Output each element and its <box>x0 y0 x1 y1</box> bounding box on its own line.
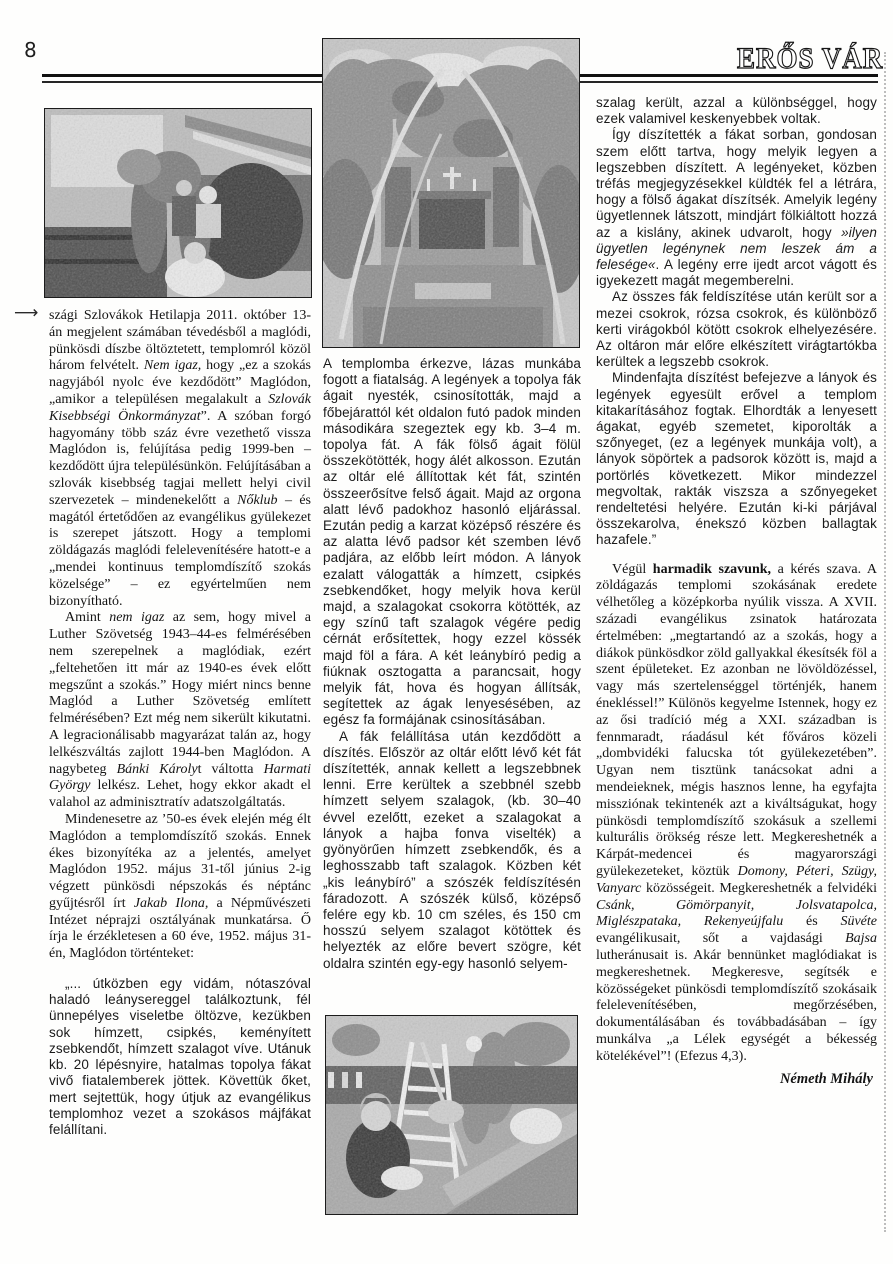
photo-altar-through-decorated-trees <box>322 38 580 348</box>
column-left: szági Szlovákok Hetilapja 2011. október … <box>49 308 311 1138</box>
column-middle: A templomba érkezve, lázas munkába fogot… <box>323 356 581 972</box>
report-quote-paragraph: Az összes fák feldíszítése után került s… <box>596 289 877 370</box>
article-paragraph: szági Szlovákok Hetilapja 2011. október … <box>49 308 311 610</box>
report-quote-paragraph: A templomba érkezve, lázas munkába fogot… <box>323 356 581 729</box>
report-quote-paragraph: Mindenfajta díszítést befejezve a lányok… <box>596 370 877 548</box>
newspaper-page: 8 ERŐS VÁR ⟶ <box>0 0 893 1264</box>
report-quote-paragraph: A fák felállítása után kezdődött a díszí… <box>323 729 581 972</box>
column-right: szalag került, azzal a különbséggel, hog… <box>596 95 877 1088</box>
author-signature: Németh Mihály <box>596 1071 877 1088</box>
continuation-arrow-icon: ⟶ <box>14 303 38 323</box>
article-paragraph: Végül harmadik szavunk, a kérés szava. A… <box>596 562 877 1066</box>
page-number: 8 <box>24 38 37 62</box>
masthead-title: ERŐS VÁR <box>737 42 883 75</box>
photo-ladder-decorating-church <box>325 1015 578 1215</box>
article-paragraph: Amint nem igaz az sem, hogy mivel a Luth… <box>49 610 311 812</box>
report-quote-paragraph: „... útközben egy vidám, nótaszóval hala… <box>49 976 311 1138</box>
report-quote-paragraph: Így díszítették a fákat sorban, gondosan… <box>596 127 877 289</box>
article-paragraph: Mindenesetre az ’50-es évek elején még é… <box>49 812 311 963</box>
photo-church-pews-with-people <box>44 108 312 298</box>
scan-edge-artifact <box>884 52 886 1232</box>
report-quote-paragraph: szalag került, azzal a különbséggel, hog… <box>596 95 877 127</box>
